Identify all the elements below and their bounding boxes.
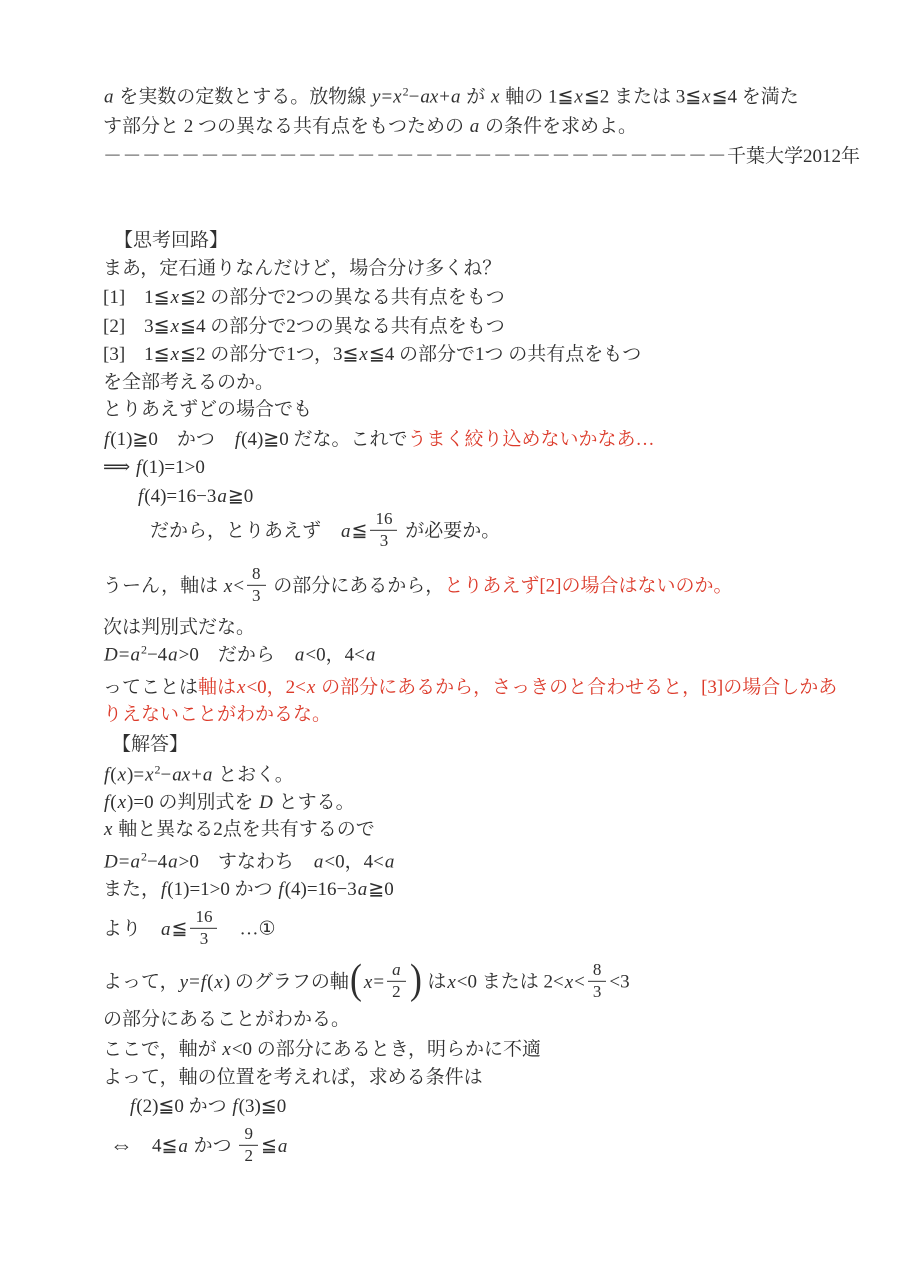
text-segment: ≦2 bbox=[584, 87, 609, 108]
text-segment: x bbox=[573, 87, 583, 108]
thinking-line-5: とりあえずどの場合でも bbox=[103, 398, 312, 422]
case-2: [2] 3≦x≦4 の部分で2つの異なる共有点をもつ bbox=[103, 315, 505, 339]
text-segment: x bbox=[170, 344, 180, 365]
text-segment: ( bbox=[110, 765, 116, 786]
answer-line-11: f(2)≦0 かつ f(3)≦0 bbox=[129, 1095, 286, 1119]
text-segment: ここで，軸が bbox=[103, 1039, 221, 1060]
text-segment: 3≦ bbox=[144, 316, 169, 337]
text-segment: − bbox=[409, 87, 420, 108]
text-segment: a bbox=[216, 486, 228, 507]
text-segment: <0 bbox=[305, 645, 325, 666]
text-segment: >0 bbox=[179, 852, 199, 873]
text-segment: f bbox=[200, 971, 207, 992]
text-segment: うまく絞り込めないかなあ… bbox=[408, 429, 655, 450]
text-segment: だな。これで bbox=[289, 429, 408, 450]
fraction: a2 bbox=[387, 961, 406, 1001]
text-segment: だから bbox=[199, 645, 294, 666]
text-segment: の部分にあるから， bbox=[269, 575, 445, 596]
text-segment: の部分で1つ， bbox=[205, 344, 333, 365]
fraction-numerator: a bbox=[387, 961, 406, 982]
text-segment: ≦4 bbox=[180, 316, 205, 337]
text-segment: ⇔ bbox=[110, 1132, 133, 1157]
answer-line-1: f(x)=x2−ax+a とおく。 bbox=[103, 763, 294, 788]
text-segment: = bbox=[381, 87, 392, 108]
text-segment: の部分にあるから，さっきのと合わせると，[3]の場合しかあ bbox=[316, 677, 837, 698]
fraction: 92 bbox=[239, 1125, 258, 1165]
text-segment: ≧0 bbox=[228, 486, 253, 507]
text-segment: 軸は bbox=[198, 677, 236, 698]
text-segment: < bbox=[233, 575, 244, 596]
text-segment: ≦ bbox=[172, 918, 188, 939]
text-segment: f bbox=[231, 1096, 238, 1117]
text-segment: の判別式を bbox=[154, 792, 259, 813]
text-segment: a bbox=[167, 852, 179, 873]
text-segment: x bbox=[306, 677, 316, 698]
text-segment: すなわち bbox=[199, 852, 313, 873]
answer-line-7: よって，y=f(x) のグラフの軸(x=a2) はx<0 または 2<x<83<… bbox=[103, 963, 630, 1003]
fraction-denominator: 3 bbox=[588, 982, 607, 1002]
text-segment: ax bbox=[419, 87, 439, 108]
text-segment: a bbox=[129, 645, 141, 666]
text-segment: とりあえずどの場合でも bbox=[103, 399, 312, 420]
text-segment: 軸の bbox=[500, 87, 548, 108]
text-segment: かつ bbox=[184, 1096, 232, 1117]
text-segment: 4≦ bbox=[133, 1135, 177, 1156]
text-segment: の部分で2つの異なる共有点をもつ bbox=[205, 316, 504, 337]
text-segment: x bbox=[446, 971, 456, 992]
fraction-denominator: 3 bbox=[247, 586, 266, 606]
text-segment bbox=[125, 287, 144, 308]
text-segment: x bbox=[490, 87, 500, 108]
text-segment: 3≦ bbox=[676, 87, 701, 108]
text-segment: 千葉大学2012年 bbox=[727, 146, 860, 167]
text-segment: または bbox=[609, 87, 676, 108]
text-segment: D bbox=[103, 852, 119, 873]
text-segment: )=0 bbox=[127, 792, 154, 813]
text-segment: −4 bbox=[147, 645, 167, 666]
text-segment: ≦ bbox=[352, 520, 368, 541]
answer-line-5: また，f(1)=1>0 かつ f(4)=16−3a≧0 bbox=[103, 878, 394, 902]
text-segment: = bbox=[189, 971, 200, 992]
text-segment: (4)=16−3 bbox=[285, 879, 357, 900]
text-segment: かつ bbox=[189, 1135, 237, 1156]
text-segment: 次は判別式だな。 bbox=[103, 617, 255, 638]
text-segment: ≦4 bbox=[712, 87, 737, 108]
text-segment: ≧0 bbox=[368, 879, 393, 900]
answer-line-2: f(x)=0 の判別式を D とする。 bbox=[103, 791, 355, 815]
fraction-denominator: 2 bbox=[387, 982, 406, 1002]
text-segment: また， bbox=[103, 879, 160, 900]
fraction: 83 bbox=[588, 961, 607, 1001]
text-segment: f bbox=[277, 879, 284, 900]
text-segment: x bbox=[236, 677, 246, 698]
thinking-intro: まあ，定石通りなんだけど，場合分け多くね？ bbox=[103, 257, 501, 281]
text-segment: の条件を求めよ。 bbox=[480, 116, 637, 137]
text-segment: a bbox=[294, 645, 306, 666]
text-segment: x bbox=[170, 316, 180, 337]
answer-line-12: ⇔ 4≦a かつ 92≦a bbox=[110, 1127, 288, 1167]
text-segment: x bbox=[358, 344, 368, 365]
section-title-thinking: 【思考回路】 bbox=[114, 229, 228, 253]
text-segment: だから，とりあえず bbox=[150, 520, 340, 541]
thinking-line-6: f(1)≧0 かつ f(4)≧0 だな。これでうまく絞り込めないかなあ… bbox=[103, 428, 655, 452]
document-page: a を実数の定数とする。放物線 y=x2−ax+a が x 軸の 1≦x≦2 ま… bbox=[0, 0, 906, 1280]
text-segment: )= bbox=[127, 765, 144, 786]
text-segment: a bbox=[365, 645, 377, 666]
text-segment: a bbox=[202, 765, 214, 786]
text-segment: x bbox=[144, 765, 154, 786]
text-segment: x bbox=[117, 765, 127, 786]
section-title-answer: 【解答】 bbox=[112, 733, 188, 757]
fraction-numerator: 9 bbox=[239, 1125, 258, 1146]
fraction-numerator: 16 bbox=[190, 908, 217, 929]
text-segment: うーん，軸は bbox=[103, 575, 223, 596]
text-segment: とりあえず[2]の場合はないのか。 bbox=[444, 575, 732, 596]
text-segment: 1≦ bbox=[548, 87, 573, 108]
text-segment: [2] bbox=[103, 316, 125, 337]
text-segment: = bbox=[119, 852, 130, 873]
text-segment: す部分と 2 つの異なる共有点をもつための bbox=[103, 116, 469, 137]
text-segment: a bbox=[177, 1135, 189, 1156]
fraction-numerator: 8 bbox=[588, 961, 607, 982]
text-segment: a bbox=[277, 1135, 289, 1156]
text-segment: りえないことがわかるな。 bbox=[103, 704, 331, 725]
text-segment: ax bbox=[171, 765, 191, 786]
text-segment: <3 bbox=[609, 971, 629, 992]
text-segment: よって， bbox=[103, 971, 179, 992]
text-segment: まあ，定石通りなんだけど，場合分け多くね？ bbox=[103, 258, 501, 279]
text-segment: が必要か。 bbox=[400, 520, 500, 541]
text-segment: ≦ bbox=[261, 1135, 277, 1156]
text-segment: 1≦ bbox=[144, 344, 169, 365]
text-segment: のグラフの軸 bbox=[230, 971, 349, 992]
text-segment: x bbox=[170, 287, 180, 308]
answer-line-6: より a≦163 …① bbox=[103, 910, 275, 950]
text-segment: a bbox=[313, 852, 325, 873]
thinking-line-14: りえないことがわかるな。 bbox=[103, 703, 331, 727]
problem-line-2: す部分と 2 つの異なる共有点をもつための a の条件を求めよ。 bbox=[103, 115, 637, 139]
text-segment: [3] bbox=[103, 344, 125, 365]
problem-line-1: a を実数の定数とする。放物線 y=x2−ax+a が x 軸の 1≦x≦2 ま… bbox=[103, 85, 799, 110]
fraction-denominator: 3 bbox=[190, 929, 217, 949]
text-segment: x bbox=[117, 792, 127, 813]
case-3: [3] 1≦x≦2 の部分で1つ，3≦x≦4 の部分で1つ の共有点をもつ bbox=[103, 343, 641, 367]
text-segment: = bbox=[373, 971, 384, 992]
text-segment: ( bbox=[110, 792, 116, 813]
text-segment: + bbox=[439, 87, 450, 108]
text-segment: ≦2 bbox=[180, 344, 205, 365]
text-segment: <0 bbox=[324, 852, 344, 873]
text-segment: x bbox=[564, 971, 574, 992]
text-segment: 4< bbox=[345, 645, 365, 666]
thinking-line-4: を全部考えるのか。 bbox=[103, 371, 274, 395]
text-segment: <0，2< bbox=[246, 677, 305, 698]
text-segment bbox=[125, 344, 144, 365]
thinking-line-10: うーん，軸は x<83 の部分にあるから，とりあえず[2]の場合はないのか。 bbox=[103, 567, 732, 607]
answer-line-10: よって，軸の位置を考えれば，求める条件は bbox=[103, 1066, 483, 1090]
text-segment: x bbox=[392, 87, 402, 108]
text-segment: (3)≦0 bbox=[239, 1096, 287, 1117]
text-segment: a bbox=[167, 645, 179, 666]
text-segment: ⟹ bbox=[103, 457, 135, 478]
thinking-line-11: 次は判別式だな。 bbox=[103, 616, 255, 640]
text-segment: x bbox=[223, 575, 233, 596]
text-segment: 3≦ bbox=[333, 344, 358, 365]
text-segment: とする。 bbox=[274, 792, 355, 813]
text-segment: a bbox=[469, 116, 481, 137]
text-segment: x bbox=[103, 819, 113, 840]
text-segment: a bbox=[340, 520, 352, 541]
fraction-numerator: 16 bbox=[370, 510, 397, 531]
text-segment: >0 bbox=[179, 645, 199, 666]
case-1: [1] 1≦x≦2 の部分で2つの異なる共有点をもつ bbox=[103, 286, 505, 310]
text-segment: 1≦ bbox=[144, 287, 169, 308]
text-segment: a bbox=[103, 87, 115, 108]
thinking-line-12: D=a2−4a>0 だから a<0，4<a bbox=[103, 643, 376, 668]
text-segment: (1)≧0 bbox=[110, 429, 158, 450]
text-segment: かつ bbox=[230, 879, 278, 900]
text-segment: ≦2 bbox=[180, 287, 205, 308]
text-segment: a bbox=[129, 852, 141, 873]
fraction-denominator: 3 bbox=[370, 531, 397, 551]
text-segment: 【解答】 bbox=[112, 734, 188, 755]
text-segment: 2< bbox=[544, 971, 564, 992]
text-segment: ， bbox=[326, 645, 345, 666]
text-segment: (1)=1>0 bbox=[142, 457, 205, 478]
fraction-denominator: 2 bbox=[239, 1146, 258, 1166]
text-segment: [1] bbox=[103, 287, 125, 308]
text-segment: x bbox=[213, 971, 223, 992]
text-segment: − bbox=[161, 765, 172, 786]
text-segment: x bbox=[701, 87, 711, 108]
text-segment: を全部考えるのか。 bbox=[103, 372, 274, 393]
text-segment: y bbox=[179, 971, 189, 992]
text-segment: とおく。 bbox=[213, 765, 293, 786]
text-segment: の部分にあるとき，明らかに不適 bbox=[252, 1039, 541, 1060]
text-segment: (4)≧0 bbox=[241, 429, 289, 450]
fraction: 163 bbox=[190, 908, 217, 948]
text-segment: の部分にあることがわかる。 bbox=[103, 1009, 350, 1030]
text-segment bbox=[125, 316, 144, 337]
text-segment: < bbox=[574, 971, 585, 992]
text-segment: が bbox=[461, 87, 490, 108]
text-segment: + bbox=[191, 765, 202, 786]
text-segment: の部分で2つの異なる共有点をもつ bbox=[205, 287, 504, 308]
thinking-line-9: だから，とりあえず a≦163 が必要か。 bbox=[150, 512, 500, 552]
text-segment: ってことは bbox=[103, 677, 198, 698]
text-segment: より bbox=[103, 918, 160, 939]
text-segment: 4< bbox=[364, 852, 384, 873]
answer-line-9: ここで，軸が x<0 の部分にあるとき，明らかに不適 bbox=[103, 1038, 541, 1062]
text-segment: a bbox=[160, 918, 172, 939]
text-segment: を実数の定数とする。放物線 bbox=[115, 87, 372, 108]
fraction-numerator: 8 bbox=[247, 565, 266, 586]
text-segment: または bbox=[477, 971, 544, 992]
text-segment: <0 bbox=[232, 1039, 252, 1060]
text-segment: (1)=1>0 bbox=[167, 879, 230, 900]
text-segment: D bbox=[258, 792, 274, 813]
fraction: 83 bbox=[247, 565, 266, 605]
text-segment: －－－－－－－－－－－－－－－－－－－－－－－－－－－－－－－－ bbox=[103, 146, 727, 167]
text-segment: −4 bbox=[147, 852, 167, 873]
text-segment: = bbox=[119, 645, 130, 666]
text-segment: よって，軸の位置を考えれば，求める条件は bbox=[103, 1067, 483, 1088]
text-segment: ， bbox=[345, 852, 364, 873]
text-segment: y bbox=[371, 87, 381, 108]
thinking-line-13: ってことは軸はx<0，2<x の部分にあるから，さっきのと合わせると，[3]の場… bbox=[103, 676, 837, 700]
text-segment: を満た bbox=[737, 87, 799, 108]
text-segment: a bbox=[384, 852, 396, 873]
thinking-line-8: f(4)=16−3a≧0 bbox=[137, 485, 253, 509]
text-segment: (2)≦0 bbox=[136, 1096, 184, 1117]
thinking-line-7: ⟹ f(1)=1>0 bbox=[103, 456, 205, 480]
text-segment: は bbox=[423, 971, 447, 992]
text-segment: …① bbox=[220, 918, 275, 939]
text-segment: 軸と異なる2点を共有するので bbox=[113, 819, 374, 840]
text-segment: 【思考回路】 bbox=[114, 230, 228, 251]
source-divider: －－－－－－－－－－－－－－－－－－－－－－－－－－－－－－－－千葉大学2012… bbox=[103, 145, 860, 169]
answer-line-3: x 軸と異なる2点を共有するので bbox=[103, 818, 375, 842]
text-segment: かつ bbox=[158, 429, 234, 450]
text-segment: a bbox=[450, 87, 462, 108]
text-segment: (4)=16−3 bbox=[144, 486, 216, 507]
answer-line-4: D=a2−4a>0 すなわち a<0，4<a bbox=[103, 850, 395, 875]
text-segment: の部分で1つ の共有点をもつ bbox=[394, 344, 641, 365]
text-segment: x bbox=[221, 1039, 231, 1060]
text-segment: ≦4 bbox=[369, 344, 394, 365]
text-segment: <0 bbox=[457, 971, 477, 992]
fraction: 163 bbox=[370, 510, 397, 550]
answer-line-8: の部分にあることがわかる。 bbox=[103, 1008, 350, 1032]
text-segment: D bbox=[103, 645, 119, 666]
text-segment: a bbox=[357, 879, 369, 900]
text-segment: x bbox=[363, 971, 373, 992]
